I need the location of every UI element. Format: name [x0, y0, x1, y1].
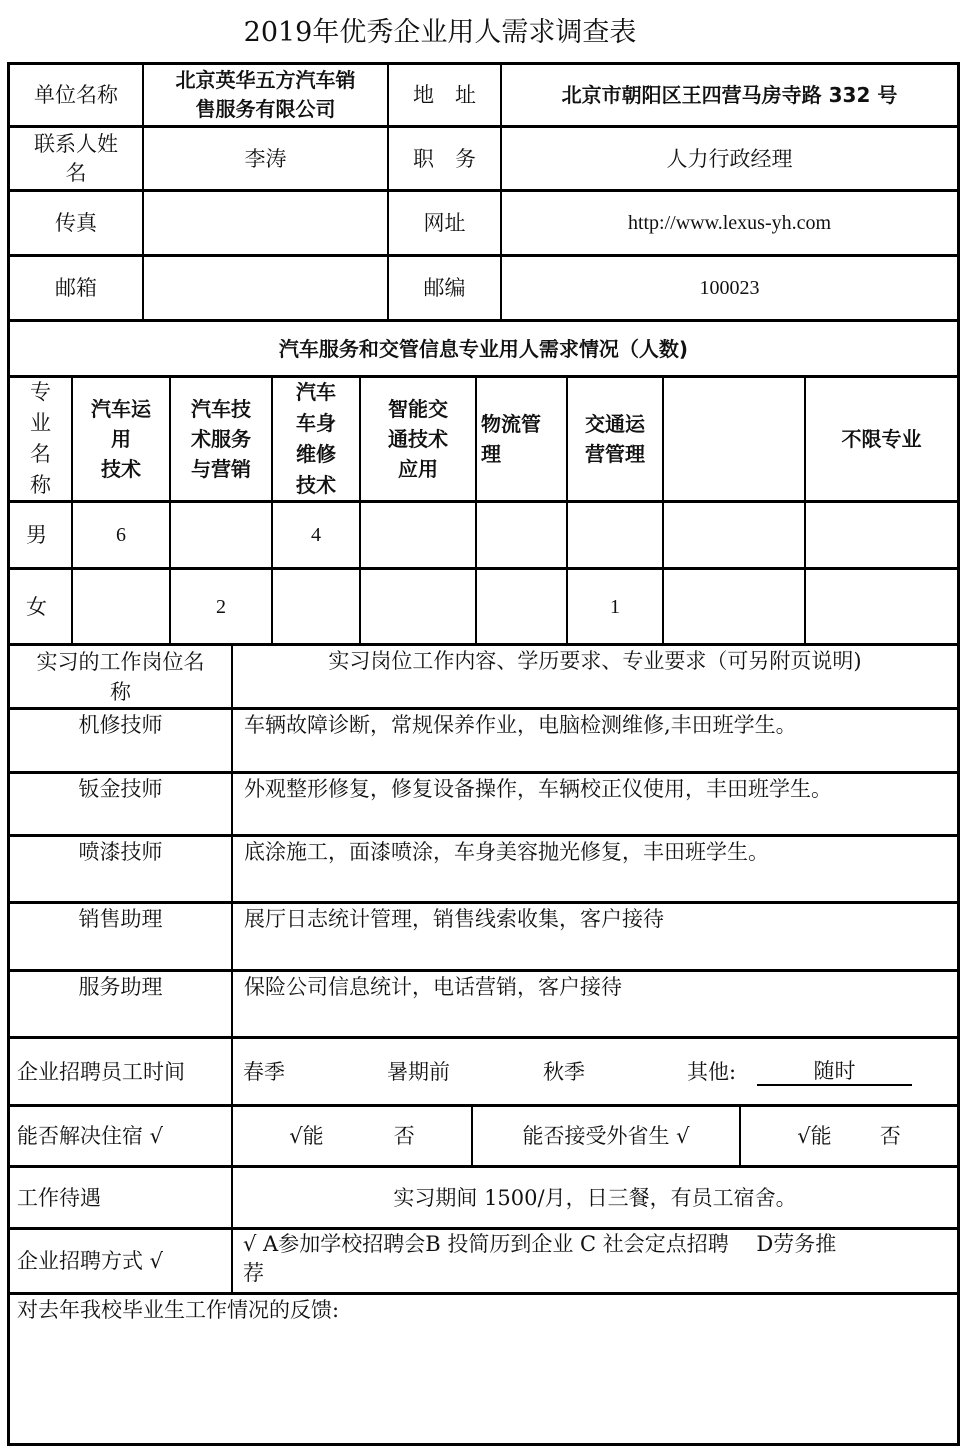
major-line: 车身: [296, 408, 336, 439]
female-count-cell[interactable]: [273, 570, 359, 643]
recruit-method-line2: 荐: [243, 1259, 264, 1288]
major-line: 技术: [296, 470, 336, 501]
major-line: 汽车运: [91, 394, 151, 424]
major-header-char: 称: [30, 470, 51, 501]
internship-name-header-line1: 实习的工作岗位名: [37, 647, 205, 677]
outprovince-yes[interactable]: √能: [797, 1121, 831, 1151]
major-line: 理: [481, 439, 501, 469]
outprovince-label: 能否接受外省生 √: [473, 1107, 739, 1165]
feedback-label: 对去年我校毕业生工作情况的反馈:: [17, 1295, 339, 1325]
major-line: 汽车技: [191, 394, 251, 424]
website-field[interactable]: http://www.lexus-yh.com: [502, 192, 957, 254]
position-label: 职 务: [389, 128, 500, 189]
recruit-time-label: 企业招聘员工时间: [10, 1039, 231, 1104]
recruit-method-options[interactable]: √ A参加学校招聘会B 投简历到企业 C 社会定点招聘 D劳务推 荐: [233, 1230, 957, 1292]
major-line: 汽车: [296, 377, 336, 408]
benefits-label: 工作待遇: [10, 1168, 231, 1227]
website-label: 网址: [389, 192, 500, 254]
internship-name-header-line2: 称: [110, 677, 131, 707]
outprovince-choice: √能 否: [741, 1107, 957, 1165]
major-header-label: 专 业 名 称: [10, 378, 71, 500]
internship-desc[interactable]: 车辆故障诊断，常规保养作业，电脑检测维修,丰田班学生。: [233, 710, 957, 771]
internship-desc[interactable]: 底涂施工，面漆喷涂，车身美容抛光修复，丰田班学生。: [233, 837, 957, 901]
internship-name: 机修技师: [10, 710, 231, 771]
major-line: 维修: [296, 439, 336, 470]
major-line: 与营销: [191, 454, 251, 484]
major-line: 应用: [398, 454, 438, 484]
male-count-cell[interactable]: 6: [73, 503, 169, 567]
male-count-cell[interactable]: [171, 503, 271, 567]
contact-field[interactable]: 李涛: [144, 128, 387, 189]
male-count-cell[interactable]: 4: [273, 503, 359, 567]
male-count-cell[interactable]: [361, 503, 475, 567]
email-label: 邮箱: [10, 257, 142, 319]
male-label: 男: [10, 503, 71, 567]
company-name-line2: 售服务有限公司: [196, 95, 336, 124]
contact-label-line1: 联系人姓: [34, 130, 118, 159]
major-auto-application: 汽车运 用 技术: [73, 378, 169, 500]
female-count-cell[interactable]: 1: [568, 570, 662, 643]
fax-label: 传真: [10, 192, 142, 254]
benefits-field[interactable]: 实习期间 1500/月，日三餐，有员工宿舍。: [233, 1168, 957, 1227]
company-name-line1: 北京英华五方汽车销: [176, 66, 356, 95]
position-field[interactable]: 人力行政经理: [502, 128, 957, 189]
address-label: 地 址: [389, 65, 500, 125]
contact-label-line2: 名: [66, 159, 87, 188]
internship-name-header: 实习的工作岗位名 称: [10, 646, 231, 707]
internship-desc[interactable]: 保险公司信息统计，电话营销，客户接待: [233, 972, 957, 1036]
major-blank: [664, 378, 804, 500]
recruit-time-options: 春季 暑期前 秋季 其他: 随时: [233, 1039, 957, 1104]
fax-field[interactable]: [144, 192, 387, 254]
accommodation-no[interactable]: 否: [394, 1121, 415, 1151]
outprovince-no[interactable]: 否: [880, 1121, 901, 1151]
major-line: 用: [111, 424, 131, 454]
female-count-cell[interactable]: [664, 570, 804, 643]
major-line: 交通运: [585, 409, 645, 439]
accommodation-label: 能否解决住宿 √: [10, 1107, 231, 1165]
internship-name: 钣金技师: [10, 774, 231, 834]
major-intelligent-transport: 智能交 通技术 应用: [361, 378, 475, 500]
demand-section-title: 汽车服务和交管信息专业用人需求情况（人数): [10, 322, 957, 375]
male-count-cell[interactable]: [568, 503, 662, 567]
option-other-label: 其他:: [687, 1057, 757, 1087]
contact-label: 联系人姓 名: [10, 128, 142, 189]
postcode-field[interactable]: 100023: [502, 257, 957, 319]
option-before-summer[interactable]: 暑期前: [387, 1057, 543, 1087]
page-title: 2019年优秀企业用人需求调查表: [0, 10, 880, 49]
major-line: 术服务: [191, 424, 251, 454]
recruit-method-line1: √ A参加学校招聘会B 投简历到企业 C 社会定点招聘 D劳务推: [243, 1230, 836, 1259]
major-auto-service-marketing: 汽车技 术服务 与营销: [171, 378, 271, 500]
major-line: 智能交: [388, 394, 448, 424]
major-header-char: 专: [30, 377, 51, 408]
address-field[interactable]: 北京市朝阳区王四营马房寺路 332 号: [502, 65, 957, 125]
female-count-cell[interactable]: 2: [171, 570, 271, 643]
female-count-cell[interactable]: [806, 570, 957, 643]
major-traffic-operation: 交通运 营管理: [568, 378, 662, 500]
internship-desc[interactable]: 展厅日志统计管理，销售线索收集，客户接待: [233, 904, 957, 969]
option-other-field[interactable]: 随时: [757, 1058, 912, 1086]
male-count-cell[interactable]: [477, 503, 566, 567]
internship-desc-header: 实习岗位工作内容、学历要求、专业要求（可另附页说明): [233, 646, 957, 707]
company-name-label: 单位名称: [10, 65, 142, 125]
internship-name: 喷漆技师: [10, 837, 231, 901]
company-name-field[interactable]: 北京英华五方汽车销 售服务有限公司: [144, 64, 387, 125]
accommodation-yes[interactable]: √能: [289, 1121, 323, 1151]
option-spring[interactable]: 春季: [243, 1057, 387, 1087]
female-label: 女: [10, 570, 71, 643]
major-line: 通技术: [388, 424, 448, 454]
major-logistics: 物流管 理: [477, 378, 566, 500]
feedback-field[interactable]: 对去年我校毕业生工作情况的反馈:: [10, 1295, 957, 1443]
major-line: 物流管: [481, 409, 541, 439]
major-body-repair: 汽车 车身 维修 技术: [273, 378, 359, 500]
female-count-cell[interactable]: [73, 570, 169, 643]
male-count-cell[interactable]: [664, 503, 804, 567]
email-field[interactable]: [144, 257, 387, 319]
recruit-method-label: 企业招聘方式 √: [10, 1230, 231, 1292]
major-unrestricted: 不限专业: [806, 378, 957, 500]
internship-name: 服务助理: [10, 972, 231, 1036]
major-line: 技术: [101, 454, 141, 484]
internship-name: 销售助理: [10, 904, 231, 969]
accommodation-choice: √能 否: [233, 1107, 471, 1165]
major-line: 营管理: [585, 439, 645, 469]
option-autumn[interactable]: 秋季: [543, 1057, 687, 1087]
female-count-cell[interactable]: [477, 570, 566, 643]
internship-desc[interactable]: 外观整形修复，修复设备操作，车辆校正仪使用，丰田班学生。: [233, 774, 957, 834]
male-count-cell[interactable]: [806, 503, 957, 567]
female-count-cell[interactable]: [361, 570, 475, 643]
major-header-char: 名: [30, 439, 51, 470]
major-header-char: 业: [30, 408, 51, 439]
postcode-label: 邮编: [389, 257, 500, 319]
